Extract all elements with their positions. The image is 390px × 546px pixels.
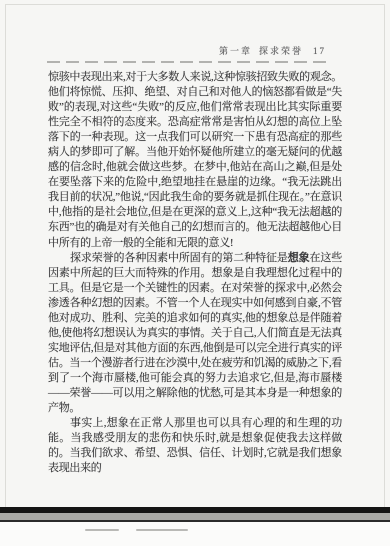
page-bottom-edge-gray: [0, 513, 390, 521]
footer-smudge-mark: [136, 529, 188, 531]
text-run: 事实上,想象在正常人那里也可以具有心理的和生理的功能。当我感受朋友的悲伤和快乐时…: [48, 417, 342, 474]
footer-smudge-mark: [85, 529, 119, 531]
page-number: 17: [313, 46, 326, 56]
chapter-label: 第一章: [219, 46, 252, 56]
book-page: 第一章探求荣誉17 惊骇中表现出来,对于大多数人来说,这种惊骇招致失败的观念。他…: [0, 0, 390, 546]
paragraph: 惊骇中表现出来,对于大多数人来说,这种惊骇招致失败的观念。他们将惊慌、压抑、绝望…: [48, 70, 342, 251]
body-text: 惊骇中表现出来,对于大多数人来说,这种惊骇招致失败的观念。他们将惊慌、压抑、绝望…: [48, 70, 342, 476]
paragraph: 探求荣誉的各种因素中所固有的第二种特征是想象在这些因素中所起的巨大而特殊的作用。…: [48, 251, 342, 417]
text-run: 在这些因素中所起的巨大而特殊的作用。想象是自我理想化过程中的工具。但是它是一个关…: [48, 252, 342, 414]
emphasized-term: 想象: [288, 252, 310, 264]
running-head: 第一章探求荣誉17: [48, 44, 326, 57]
text-run: 探求荣誉的各种因素中所固有的第二种特征是: [70, 252, 288, 264]
paragraph: 事实上,想象在正常人那里也可以具有心理的和生理的功能。当我感受朋友的悲伤和快乐时…: [48, 416, 342, 476]
header-rule: [47, 61, 330, 63]
area-below-page: [0, 522, 390, 546]
text-run: 惊骇中表现出来,对于大多数人来说,这种惊骇招致失败的观念。他们将惊慌、压抑、绝望…: [48, 71, 342, 249]
chapter-title: 探求荣誉: [259, 46, 303, 56]
